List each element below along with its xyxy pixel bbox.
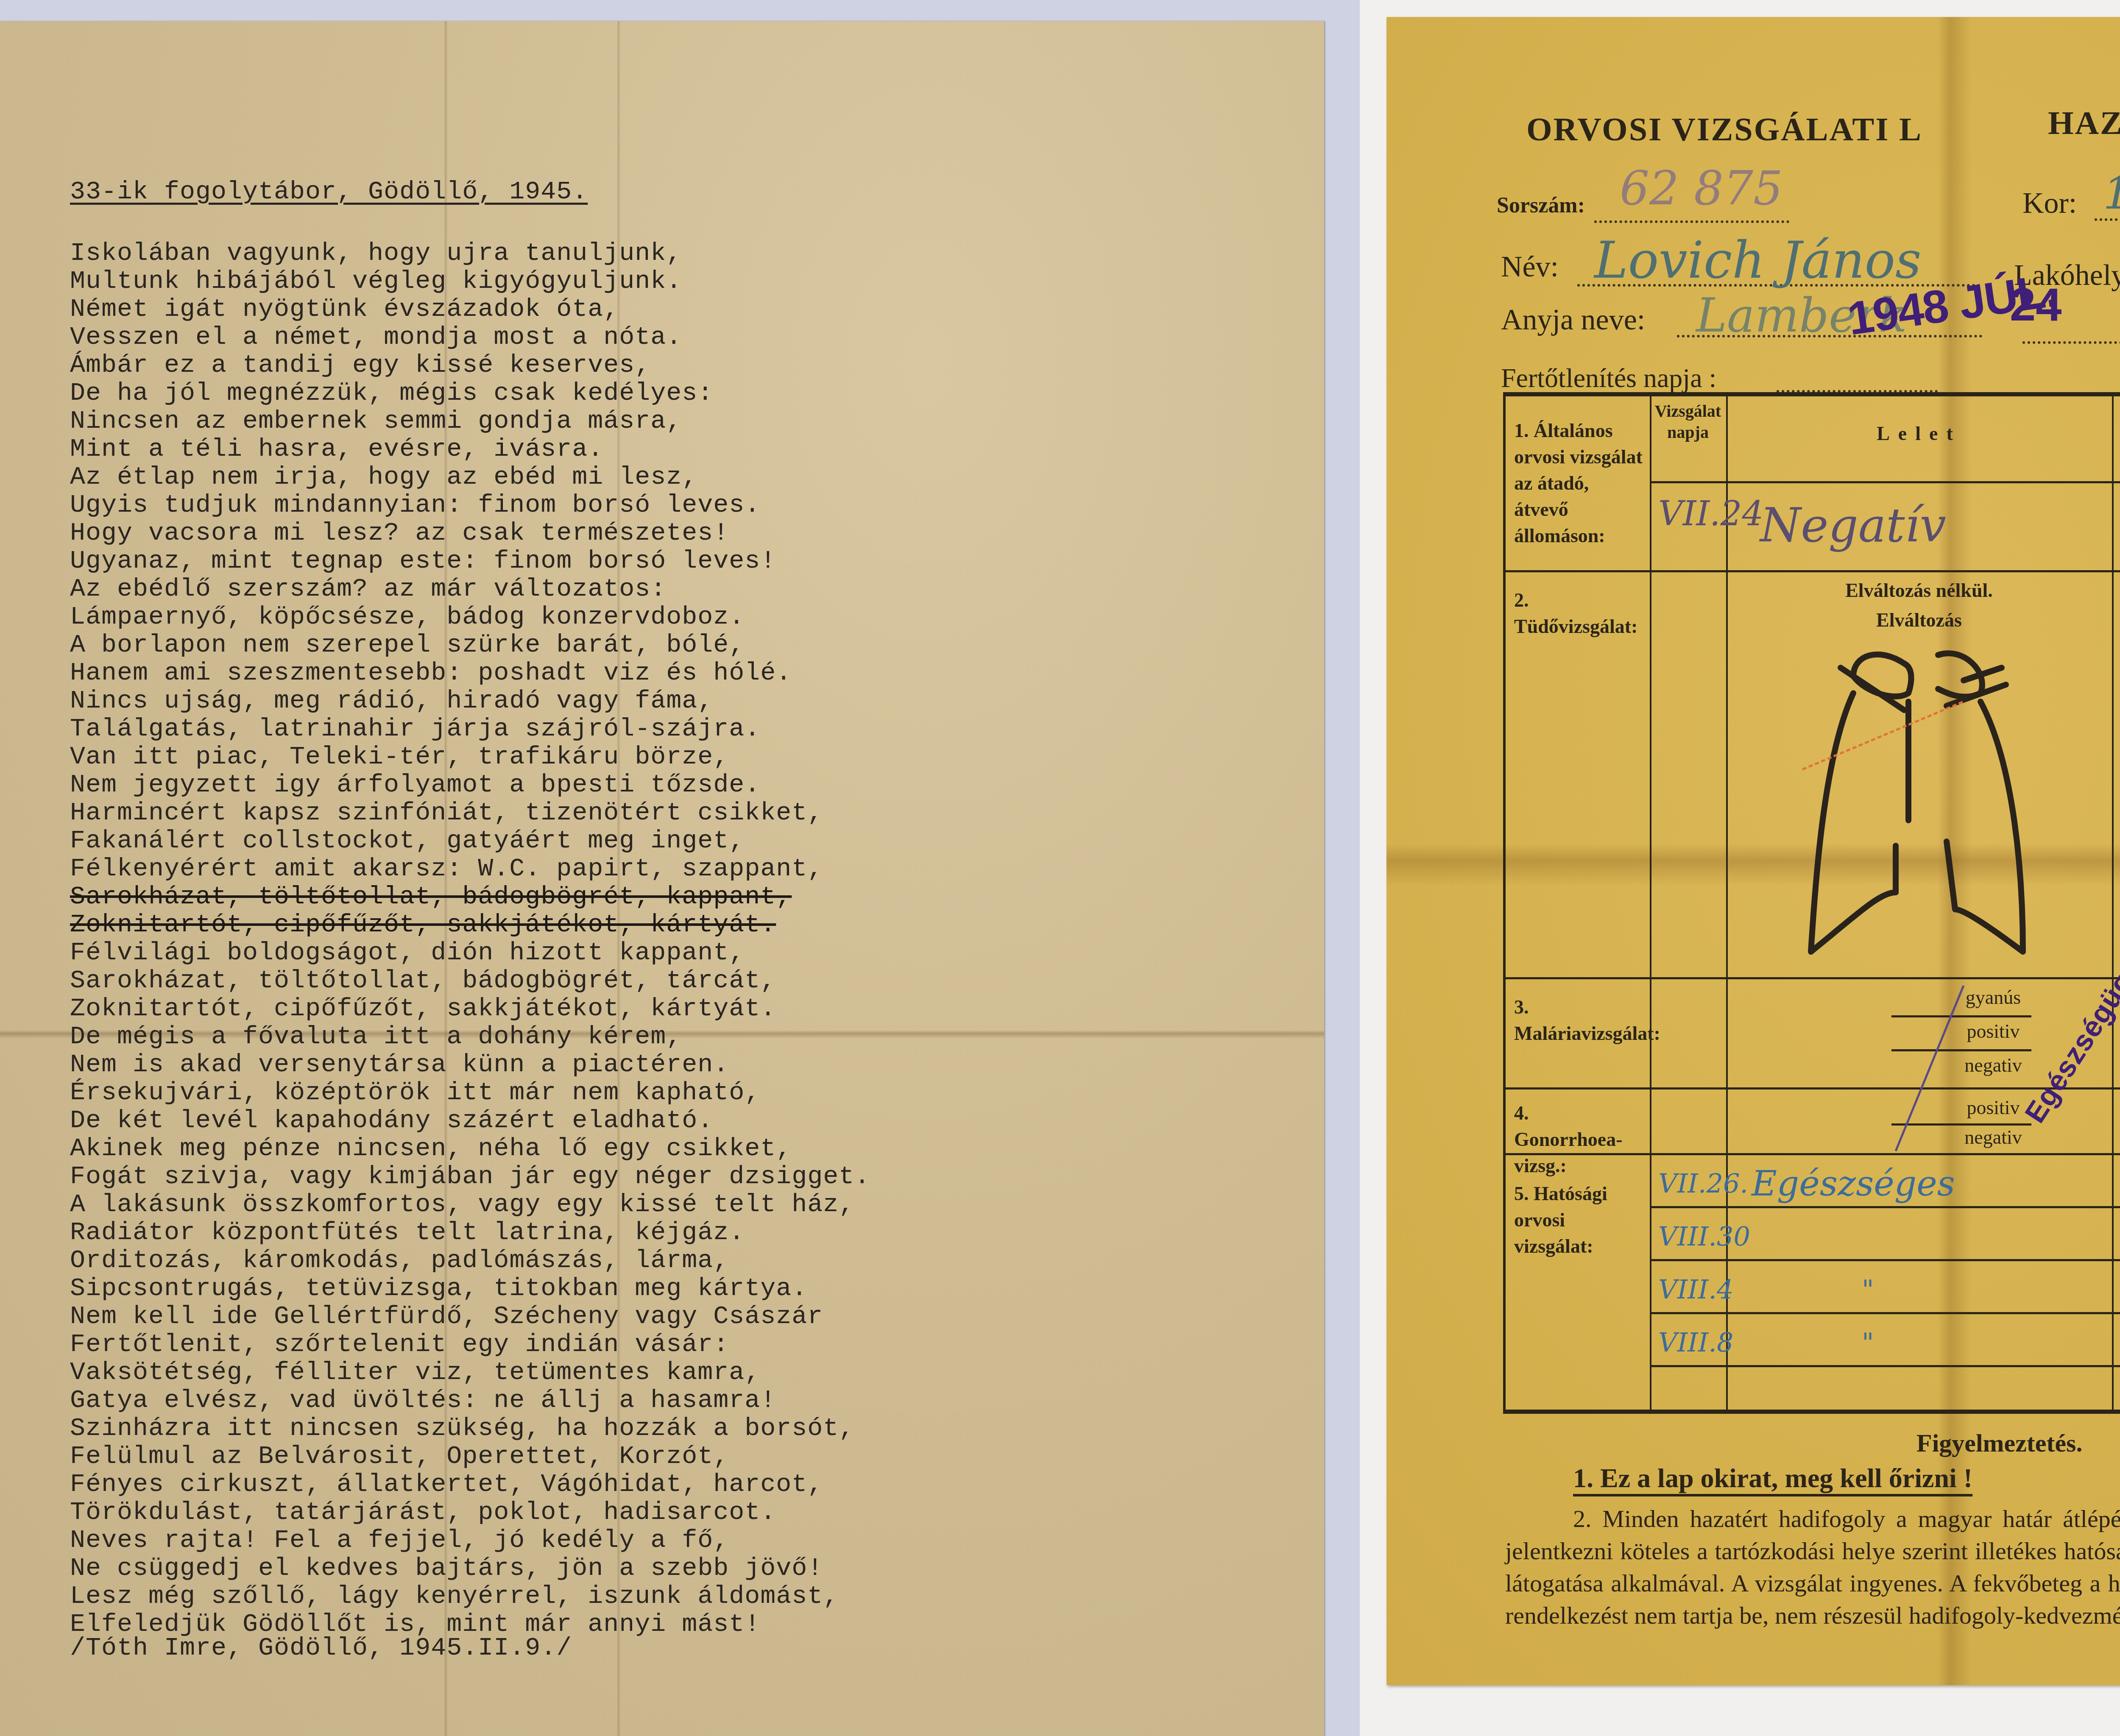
sorszam-line xyxy=(1594,220,1789,223)
poem-title: 33-ik fogolytábor, Gödöllő, 1945. xyxy=(70,178,588,206)
poem-line: Nincsen az embernek semmi gondja másra, xyxy=(70,407,870,435)
poem-line: Szinházra itt nincsen szükség, ha hozzák… xyxy=(70,1415,870,1443)
row-label-malaria: 3. Maláriavizsgálat: xyxy=(1514,994,1641,1047)
row-divider xyxy=(1506,1087,2120,1090)
col-divider xyxy=(1650,392,1651,1410)
poem-line: Orditozás, káromkodás, padlómászás, lárm… xyxy=(70,1247,870,1275)
poem-line: Hanem ami szeszmentesebb: poshadt viz és… xyxy=(70,659,870,687)
poem-line: Fakanálért collstockot, gatyáért meg ing… xyxy=(70,827,870,855)
official-entry-4-date: VIII.8 xyxy=(1658,1327,1733,1358)
row1-header-divider xyxy=(1650,481,2120,483)
official-entry-1-finding: Egészséges xyxy=(1752,1164,1955,1204)
col-divider xyxy=(2112,392,2114,1410)
poem-line: Ugyis tudjuk mindannyian: finom borsó le… xyxy=(70,491,870,519)
poem-line: Gatya elvész, vad üvöltés: ne állj a has… xyxy=(70,1387,870,1415)
poem-body: Iskolában vagyunk, hogy ujra tanuljunk,M… xyxy=(70,240,870,1638)
poem-line: Ugyanaz, mint tegnap este: finom borsó l… xyxy=(70,547,870,575)
poem-line-struck: Zoknitartót, cipőfűzőt, sakkjátékot, kár… xyxy=(70,911,870,939)
poem-line: Találgatás, latrinahir járja szájról-szá… xyxy=(70,715,870,743)
poem-line: Fertőtlenit, szőrtelenit egy indián vásá… xyxy=(70,1331,870,1359)
poem-line: Felülmul az Belvárosit, Operettet, Korzó… xyxy=(70,1443,870,1471)
lung-diagram-icon xyxy=(1726,630,2112,977)
poem-line: De két levél kapahodány százért eladható… xyxy=(70,1107,870,1135)
poem-line: Nem kell ide Gellértfürdő, Szécheny vagy… xyxy=(70,1303,870,1331)
kor-value: 1924 Berkenye IX.3 xyxy=(2103,167,2120,219)
poem-line: Neves rajta! Fel a fejjel, jó kedély a f… xyxy=(70,1527,870,1555)
form-title-left: ORVOSI VIZSGÁLATI L xyxy=(1526,110,1922,148)
poem-line: Az étlap nem irja, hogy az ebéd mi lesz, xyxy=(70,463,870,491)
subrow-divider xyxy=(1650,1206,2120,1208)
poem-line: Vesszen el a német, mondja most a nóta. xyxy=(70,323,870,351)
official-entry-3-finding: " xyxy=(1862,1274,1874,1305)
poem-line: De ha jól megnézzük, mégis csak kedélyes… xyxy=(70,379,870,407)
pen-strike-line xyxy=(1887,981,1972,1159)
poem-line: Sarokházat, töltőtollat, bádogbögrét, tá… xyxy=(70,967,870,995)
blank-line-right xyxy=(2022,341,2120,344)
row1-date: VII.24 xyxy=(1658,494,1763,533)
subrow-divider xyxy=(1650,1259,2120,1261)
poem-line: Fényes cirkuszt, állatkertet, Vágóhidat,… xyxy=(70,1471,870,1499)
warning-item-2: 2. Minden hazatért hadifogoly a magyar h… xyxy=(1505,1503,2120,1632)
poem-line: Lámpaernyő, köpőcsésze, bádog konzervdob… xyxy=(70,603,870,631)
header-exam-date: Vizsgálat napja xyxy=(1652,401,1724,443)
lung-option-normal: Elváltozás nélkül. xyxy=(1726,579,2112,602)
poem-line: Nem is akad versenytársa künn a piactére… xyxy=(70,1051,870,1079)
row1-finding: Negatív xyxy=(1760,498,1946,552)
poem-line: Érsekujvári, középtörök itt már nem kaph… xyxy=(70,1079,870,1107)
poem-line: A lakásunk összkomfortos, vagy egy kissé… xyxy=(70,1191,870,1219)
row-divider xyxy=(1506,570,2120,572)
poem-line: Nincs ujság, meg rádió, hiradó vagy fáma… xyxy=(70,687,870,715)
exam-table: Vizsgálat napja Lelet Intézkedés Aláírás… xyxy=(1503,392,2120,1414)
warning-heading: Figyelmeztetés. xyxy=(1916,1429,2082,1458)
fertotlenites-label: Fertőtlenítés napja : xyxy=(1501,362,1716,394)
row-label-general: 1. Általános orvosi vizsgálat az átadó, … xyxy=(1514,418,1646,549)
poem-line: Vaksötétség, félliter viz, tetümentes ka… xyxy=(70,1359,870,1387)
table-bottom-border xyxy=(1503,1410,2120,1414)
poem-signature: /Tóth Imre, Gödöllő, 1945.II.9./ xyxy=(70,1634,572,1662)
poem-line: Multunk hibájából végleg kigyógyuljunk. xyxy=(70,268,870,295)
poem-line: Az ebédlő szerszám? az már változatos: xyxy=(70,575,870,603)
sorszam-value: 62 875 xyxy=(1620,161,1783,215)
form-title-right: HAZATÉRŐK RÉSZÉRE. xyxy=(2048,104,2120,142)
lung-option-changed: Elváltozás xyxy=(1726,608,2112,632)
nev-value: Lovich János xyxy=(1594,231,1922,290)
poem-line: Radiátor központfütés telt latrina, kéjg… xyxy=(70,1219,870,1247)
poem-line: Van itt piac, Teleki-tér, trafikáru börz… xyxy=(70,743,870,771)
subrow-divider xyxy=(1650,1365,2120,1367)
poem-line: Iskolában vagyunk, hogy ujra tanuljunk, xyxy=(70,240,870,268)
warning-item-1: 1. Ez a lap okirat, meg kell őrizni ! xyxy=(1573,1463,1972,1494)
official-entry-2-date: VIII.30 xyxy=(1658,1221,1750,1252)
table-top-border xyxy=(1503,392,2120,396)
row-label-lung: 2. Tüdővizsgálat: xyxy=(1514,587,1641,640)
poem-line: Hogy vacsora mi lesz? az csak természete… xyxy=(70,519,870,547)
sorszam-label: Sorszám: xyxy=(1497,193,1585,218)
official-entry-3-date: VIII.4 xyxy=(1658,1274,1733,1305)
poem-line: Akinek meg pénze nincsen, néha lő egy cs… xyxy=(70,1135,870,1163)
subrow-divider xyxy=(1650,1312,2120,1314)
poem-line: Ne csüggedj el kedves bajtárs, jön a sze… xyxy=(70,1555,870,1583)
poem-line: A borlapon nem szerepel szürke barát, bó… xyxy=(70,631,870,659)
row-divider xyxy=(1506,977,2120,979)
header-findings: Lelet xyxy=(1726,422,2112,446)
poem-line: Fogát szivja, vagy kimjában jár egy nége… xyxy=(70,1163,870,1191)
poem-line: Harmincért kapsz szinfóniát, tizenötért … xyxy=(70,799,870,827)
poem-line: Félkenyérért amit akarsz: W.C. papirt, s… xyxy=(70,855,870,883)
poem-line: Félvilági boldogságot, dión hizott kappa… xyxy=(70,939,870,967)
kor-label: Kor: xyxy=(2022,187,2077,220)
poem-line: Ámbár ez a tandij egy kissé keserves, xyxy=(70,351,870,379)
row-label-official: 5. Hatósági orvosi vizsgálat: xyxy=(1514,1181,1641,1260)
official-entry-4-finding: " xyxy=(1862,1327,1874,1358)
nev-label: Név: xyxy=(1501,250,1559,284)
row-label-gonorrhoea: 4. Gonorrhoea-vizsg.: xyxy=(1514,1100,1641,1179)
poem-line-struck: Sarokházat, töltőtollat, bádogbögrét, ka… xyxy=(70,883,870,911)
official-entry-1-date: VII.26. xyxy=(1658,1168,1748,1199)
poem-line: Zoknitartót, cipőfűzőt, sakkjátékot, kár… xyxy=(70,995,870,1023)
date-stamp-day: 24 xyxy=(2010,278,2061,332)
poem-line: De mégis a fővaluta itt a dohány kérem, xyxy=(70,1023,870,1051)
poem-line: Nem jegyzett igy árfolyamot a bpesti tőz… xyxy=(70,771,870,799)
poem-line: Sipcsontrugás, tetüvizsga, titokban meg … xyxy=(70,1275,870,1303)
poem-line: Lesz még szőllő, lágy kenyérrel, iszunk … xyxy=(70,1583,870,1611)
header-action: Intézkedés xyxy=(2112,422,2120,446)
poem-line: Mint a téli hasra, evésre, ivásra. xyxy=(70,435,870,463)
poem-line: Német igát nyögtünk évszázadok óta, xyxy=(70,295,870,323)
poem-line: Törökdulást, tatárjárást, poklot, hadisa… xyxy=(70,1499,870,1527)
anyja-neve-label: Anyja neve: xyxy=(1501,303,1645,337)
